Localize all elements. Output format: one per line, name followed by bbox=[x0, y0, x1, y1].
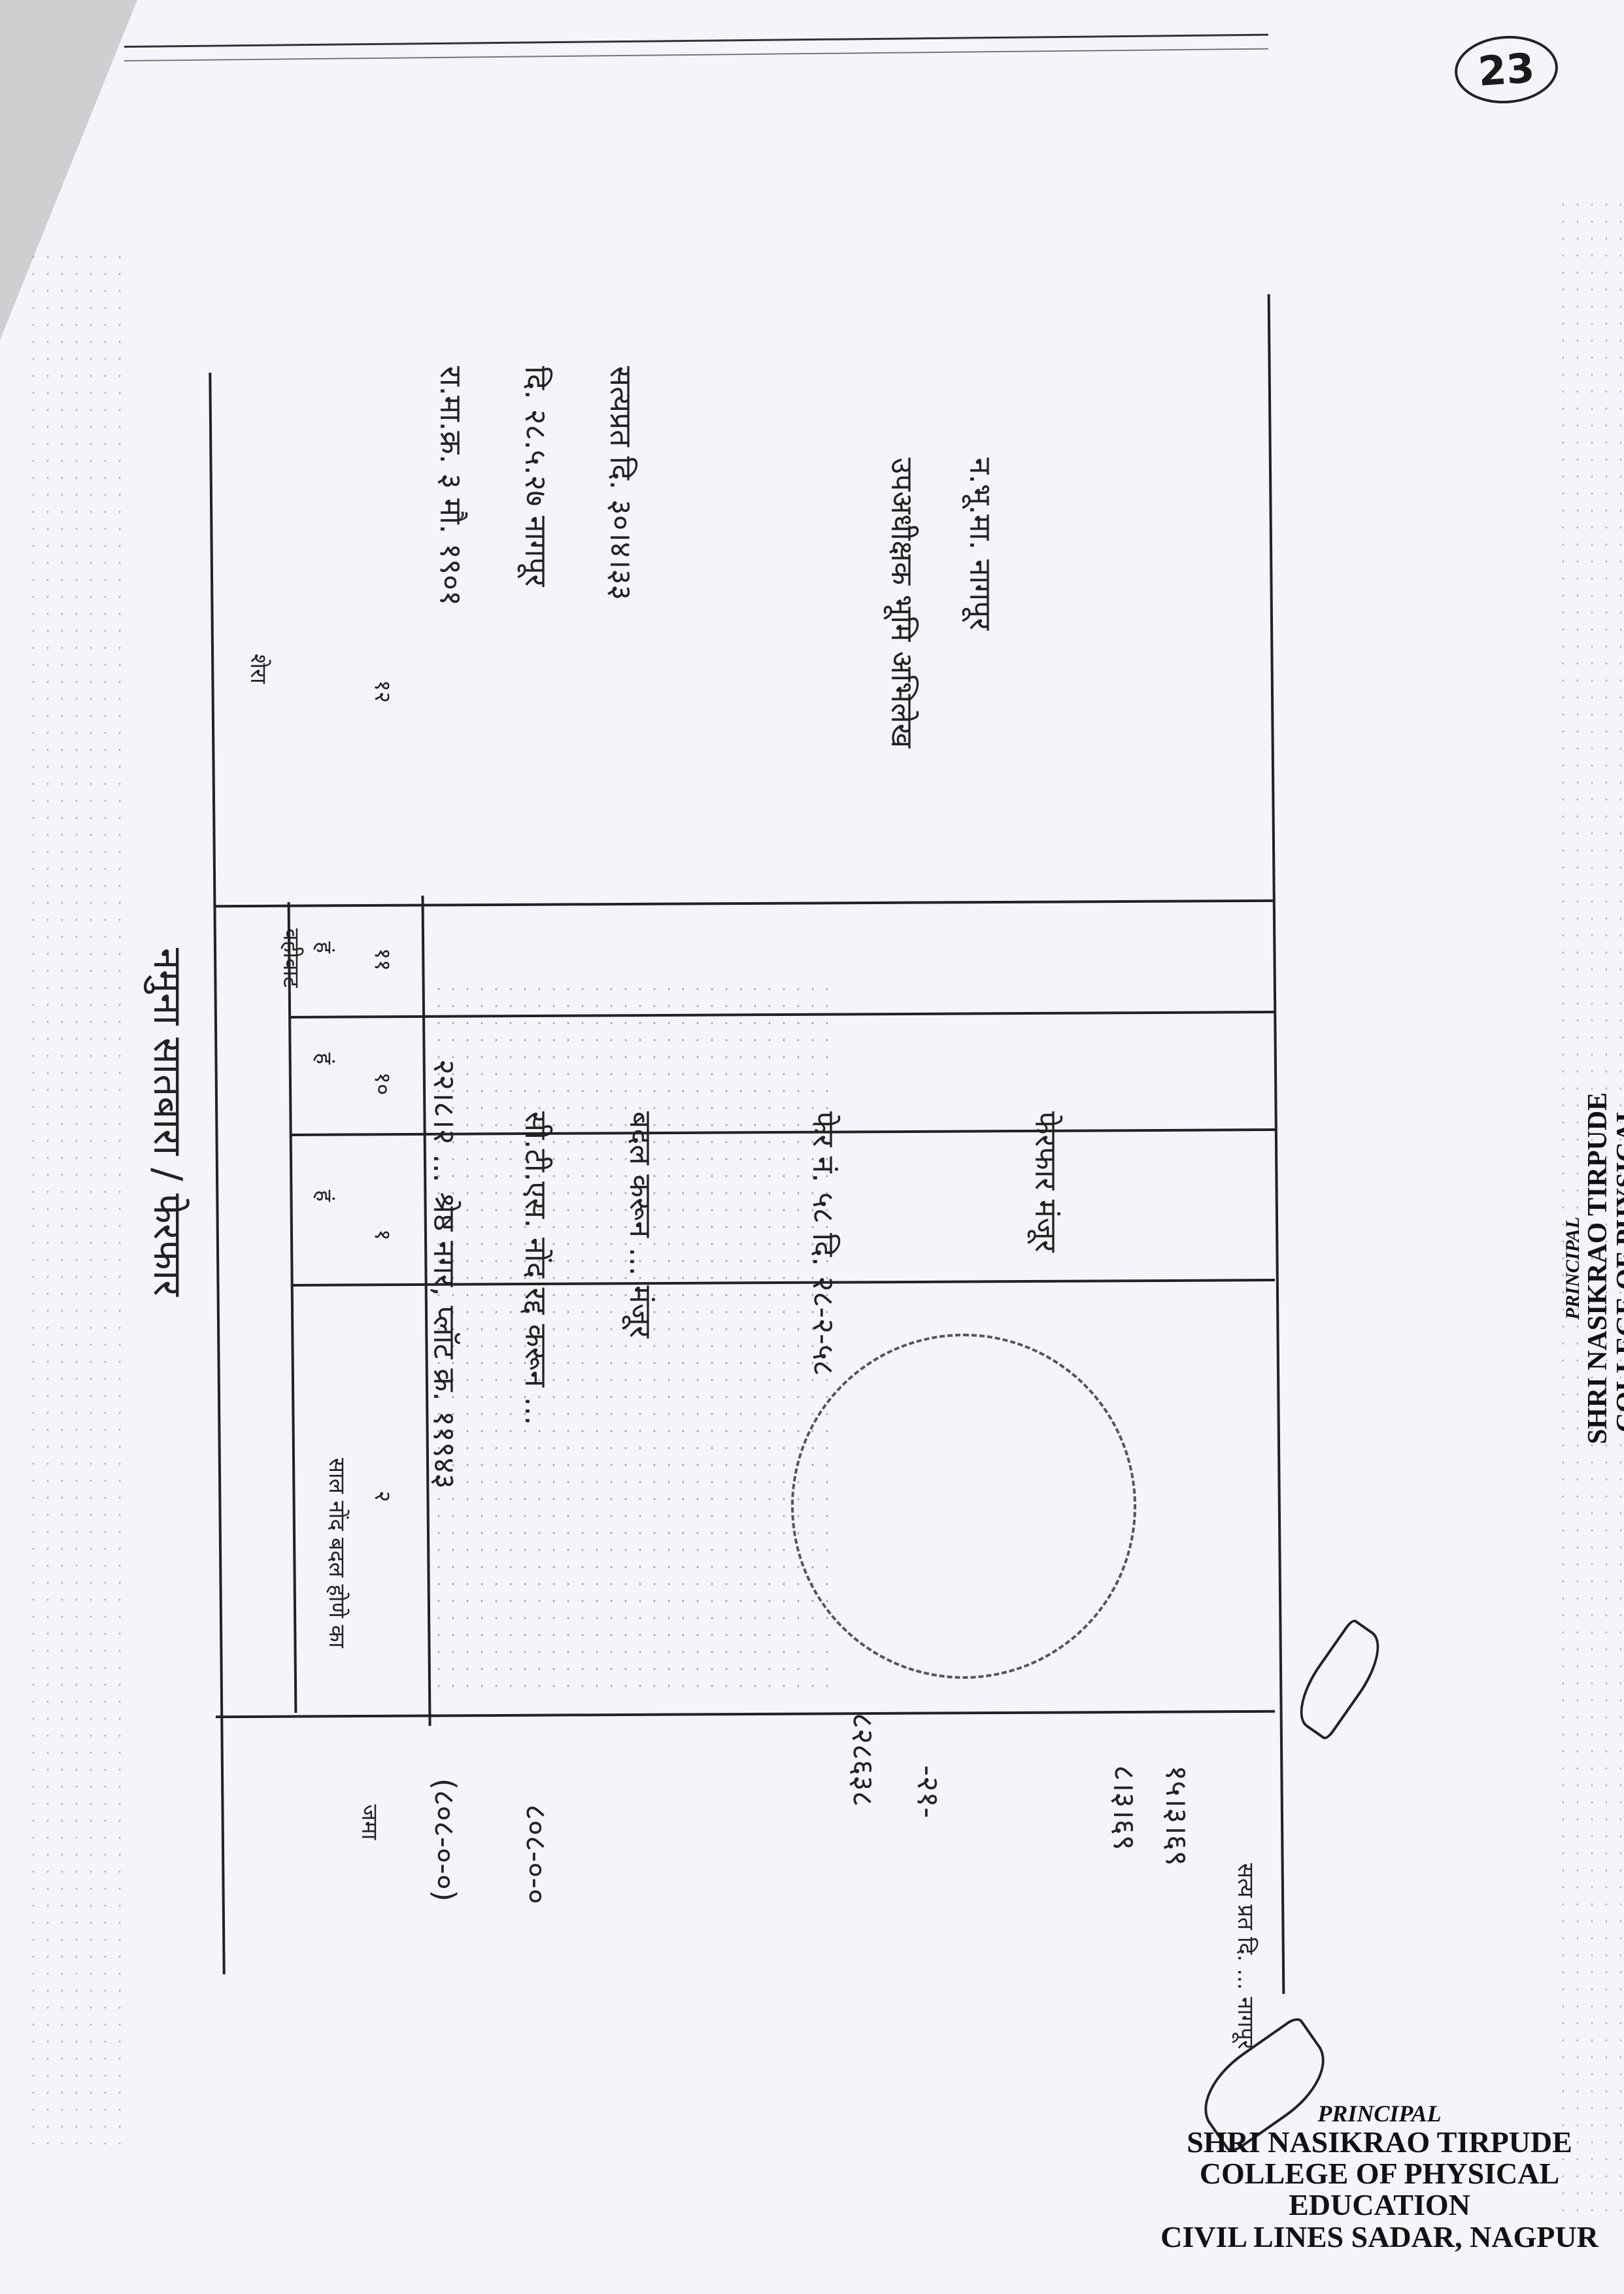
header-num-1: १ bbox=[369, 1229, 399, 1241]
signature-right bbox=[1285, 1617, 1394, 1742]
row-entry: फेर नं. ५८ दि. २८-२-५८ bbox=[798, 1111, 850, 1376]
header-sub-2: हं bbox=[310, 1053, 340, 1064]
scan-edge-line bbox=[124, 34, 1268, 48]
row-remarks: सत्यप्रत दि. ३०।४।३३ bbox=[595, 366, 647, 600]
table-row-divider bbox=[216, 900, 1275, 907]
scan-noise bbox=[431, 981, 837, 1700]
row-remarks: उपअधीक्षक भूमि अभिलेख bbox=[876, 458, 928, 748]
header-num-10: १० bbox=[369, 1072, 399, 1095]
table-divider bbox=[288, 902, 297, 1713]
row-amount: ८०८-०-० bbox=[510, 1804, 562, 1904]
document-title: नमुना सातबारा / फेरफार bbox=[143, 948, 196, 1296]
page-number-circle: 23 bbox=[1453, 33, 1561, 107]
row-amount: ८।३।६९ bbox=[1098, 1765, 1151, 1851]
scan-edge-line bbox=[124, 48, 1268, 61]
header-num-2: २ bbox=[369, 1491, 399, 1502]
stamp-title: PRINCIPAL bbox=[1157, 2102, 1602, 2127]
header-num-11: ११ bbox=[369, 948, 399, 971]
page-number: 23 bbox=[1476, 44, 1536, 95]
stamp-line: COLLEGE OF PHYSICAL EDUCATION bbox=[1612, 1033, 1624, 1504]
header-vahivat: वहीवाट bbox=[277, 928, 307, 988]
row-remarks: रा.मा.क्र. ३ मौ. १९०१ bbox=[425, 366, 477, 606]
scan-noise bbox=[26, 248, 131, 2144]
header-sub-3: हं bbox=[310, 1190, 340, 1202]
row-amount: ८२८६३८ bbox=[837, 1713, 889, 1807]
table-border-right bbox=[1268, 294, 1285, 1994]
header-remarks: शेरा bbox=[245, 654, 275, 684]
row-amount: -२१- bbox=[902, 1765, 955, 1818]
row-entry: फेरफार मंजूर bbox=[1020, 1111, 1072, 1253]
table-border-left bbox=[209, 373, 225, 1974]
row-entry: बदल करून ... मंजूर bbox=[615, 1111, 667, 1338]
stamp-line: SHRI NASIKRAO TIRPUDE bbox=[1157, 2127, 1602, 2158]
row-amount: १५।३।६९ bbox=[1151, 1765, 1203, 1866]
principal-stamp-bottom: PRINCIPAL SHRI NASIKRAO TIRPUDE COLLEGE … bbox=[1157, 2102, 1602, 2253]
stamp-line: CIVIL LINES SADAR, NAGPUR bbox=[1157, 2221, 1602, 2253]
row-remarks: दि. २८.५.२७ नागपूर bbox=[510, 366, 562, 586]
header-num-12: १२ bbox=[369, 680, 399, 703]
header-jama: जमा bbox=[356, 1804, 386, 1840]
stamp-title: PRINCIPAL bbox=[1563, 1033, 1583, 1504]
row-amount: (८०८-०-०) bbox=[418, 1778, 471, 1902]
row-entry: २२।८।२ ... श्रेष्ठ नगर, प्लॉट क्र. ११९४३ bbox=[418, 1059, 471, 1489]
header-sub-1: हं bbox=[310, 941, 340, 953]
official-round-stamp bbox=[791, 1334, 1136, 1679]
row-entry: सी.टी.एस. नोंद रद्द करून ... bbox=[510, 1111, 562, 1425]
stamp-line: COLLEGE OF PHYSICAL EDUCATION bbox=[1157, 2158, 1602, 2221]
stamp-line: SHRI NASIKRAO TIRPUDE bbox=[1583, 1033, 1612, 1504]
principal-stamp-right: PRINCIPAL SHRI NASIKRAO TIRPUDE COLLEGE … bbox=[1563, 1033, 1624, 1504]
footer-note: सत्य प्रत दि. ... नागपूर bbox=[1232, 1863, 1262, 2049]
header-saal: साल नोंद बदल होणे का bbox=[323, 1458, 353, 1648]
table-row-divider bbox=[216, 1710, 1275, 1718]
row-remarks: न.भू.मा. नागपूर bbox=[955, 458, 1007, 630]
